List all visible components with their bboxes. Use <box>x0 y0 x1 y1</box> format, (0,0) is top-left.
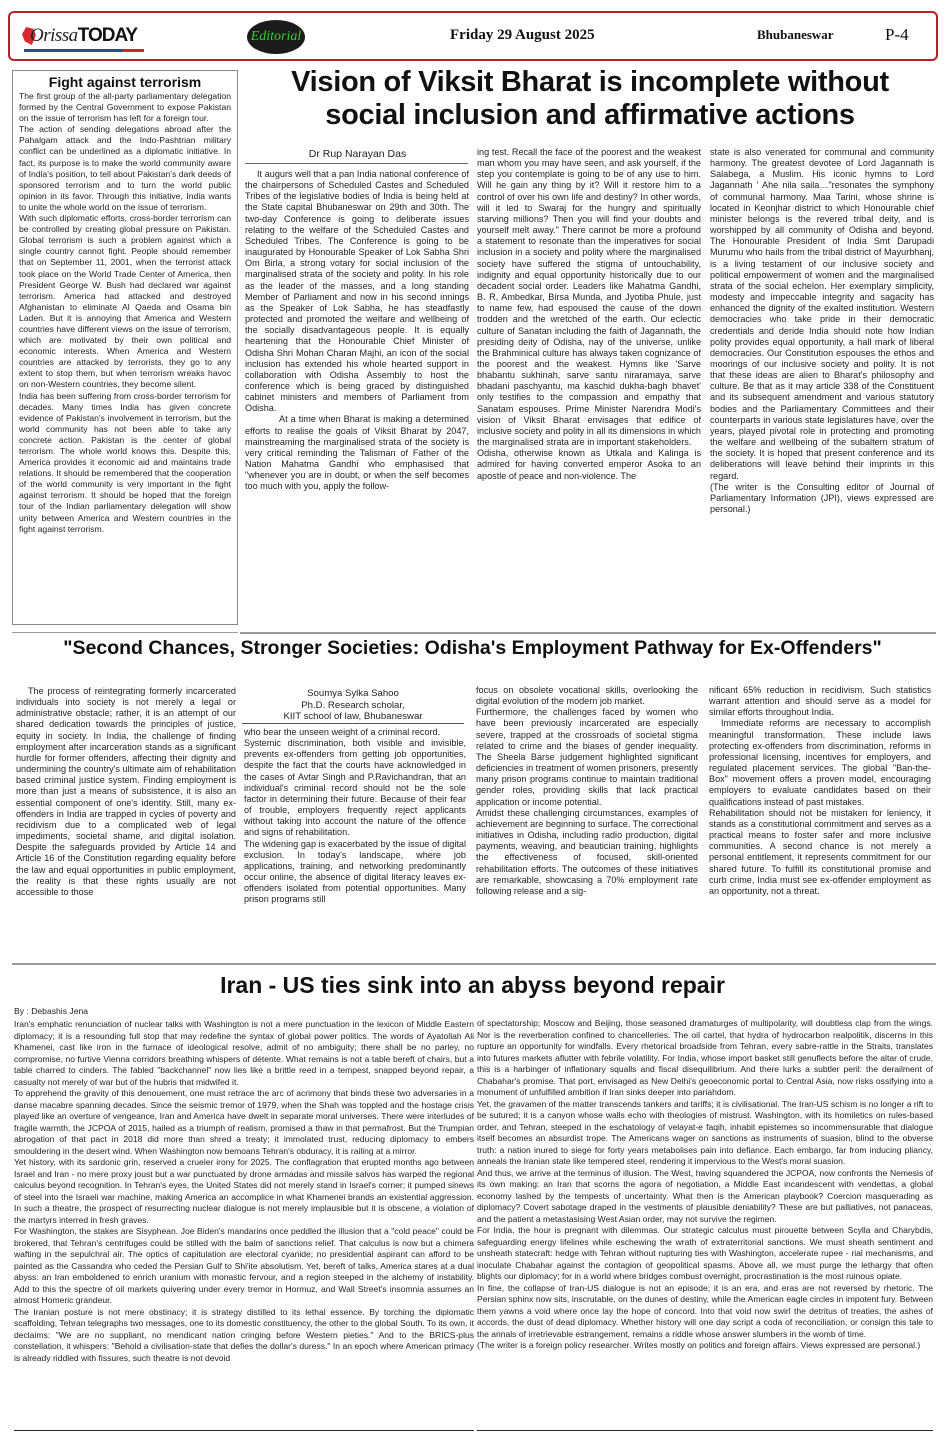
paragraph: For India, the hour is pregnant with dil… <box>477 1225 933 1283</box>
second-chances-column-2: who bear the unseen weight of a criminal… <box>244 727 466 906</box>
masthead: OrissaTODAY Editorial Friday 29 August 2… <box>8 11 938 61</box>
article-fight-against-terrorism: Fight against terrorism The first group … <box>12 70 238 625</box>
paragraph: Rehabilitation should not be mistaken fo… <box>709 808 931 897</box>
paragraph: In fine, the collapse of Iran-US dialogu… <box>477 1283 933 1341</box>
paragraph: The action of sending delegations abroad… <box>19 124 231 213</box>
section-divider <box>12 963 936 965</box>
paragraph: Iran's emphatic renunciation of nuclear … <box>14 1019 474 1088</box>
section-badge: Editorial <box>247 20 305 54</box>
paragraph: (The writer is a foreign policy research… <box>477 1340 933 1352</box>
paragraph: who bear the unseen weight of a criminal… <box>244 727 466 738</box>
author-byline: Soumya Sylka Sahoo Ph.D. Research schola… <box>242 688 464 723</box>
paragraph: Systemic discrimination, both visible an… <box>244 738 466 838</box>
paragraph: nificant 65% reduction in recidivism. Su… <box>709 685 931 718</box>
author-byline: By : Debashis Jena <box>14 1006 88 1016</box>
paragraph: The widening gap is exacerbated by the i… <box>244 839 466 906</box>
vision-column-2: ing test. Recall the face of the poorest… <box>477 147 701 482</box>
paragraph: The process of reintegrating formerly in… <box>16 686 236 898</box>
byline-divider <box>242 723 464 724</box>
page-number: P-4 <box>885 25 909 45</box>
logo-underline <box>24 49 132 52</box>
logo-prefix: Orissa <box>30 25 78 46</box>
paragraph: Furthermore, the challenges faced by wom… <box>476 707 698 807</box>
section-badge-label: Editorial <box>251 29 302 45</box>
paragraph: The first group of the all-party parliam… <box>19 91 231 124</box>
paragraph: (The writer is the Consulting editor of … <box>710 482 934 515</box>
author-byline: Dr Rup Narayan Das <box>245 148 470 160</box>
paragraph: At a time when Bharat is making a determ… <box>245 414 469 492</box>
vision-column-3: state is also venerated for communal and… <box>710 147 934 515</box>
author-name: Soumya Sylka Sahoo <box>242 688 464 700</box>
headline-second-chances: "Second Chances, Stronger Societies: Odi… <box>0 637 945 660</box>
second-chances-column-3: focus on obsolete vocational skills, ove… <box>476 685 698 897</box>
byline-divider <box>245 163 468 164</box>
paragraph: The Iranian posture is not mere obstinac… <box>14 1307 474 1365</box>
second-chances-column-1: The process of reintegrating formerly in… <box>16 686 236 898</box>
headline-line: Vision of Viksit Bharat is incomplete wi… <box>240 66 940 99</box>
section-divider <box>240 632 936 634</box>
second-chances-column-4: nificant 65% reduction in recidivism. Su… <box>709 685 931 897</box>
iran-column-1: Iran's emphatic renunciation of nuclear … <box>14 1019 474 1364</box>
paragraph: And thus, we arrive at the terminus of i… <box>477 1168 933 1226</box>
article-title: Fight against terrorism <box>19 74 231 90</box>
section-divider <box>12 632 238 633</box>
logo-underline-accent <box>122 49 144 52</box>
paragraph: Immediate reforms are necessary to accom… <box>709 718 931 807</box>
article-body: The first group of the all-party parliam… <box>19 91 231 535</box>
headline-line: social inclusion and affirmative actions <box>240 99 940 132</box>
footer-rule <box>14 1430 474 1431</box>
paragraph: Yet history, with its sardonic grin, res… <box>14 1157 474 1226</box>
author-role: Ph.D. Research scholar, <box>242 700 464 712</box>
paragraph: Yet, the gravamen of the matter transcen… <box>477 1099 933 1168</box>
paragraph: With such diplomatic efforts, cross-bord… <box>19 213 231 391</box>
paragraph: India has been suffering from cross-bord… <box>19 391 231 535</box>
paragraph: focus on obsolete vocational skills, ove… <box>476 685 698 707</box>
logo-suffix: TODAY <box>78 25 137 46</box>
paragraph: state is also venerated for communal and… <box>710 147 934 482</box>
paragraph: ing test. Recall the face of the poorest… <box>477 147 701 448</box>
iran-column-2: of spectatorship; Moscow and Beijing, th… <box>477 1018 933 1352</box>
paragraph: of spectatorship; Moscow and Beijing, th… <box>477 1018 933 1099</box>
paragraph: Odisha, otherwise known as Utkala and Ka… <box>477 448 701 481</box>
issue-date: Friday 29 August 2025 <box>450 27 595 44</box>
headline-iran-us: Iran - US ties sink into an abyss beyond… <box>0 972 945 999</box>
paragraph: To apprehend the gravity of this denouem… <box>14 1088 474 1157</box>
vision-column-1: It augurs well that a pan India national… <box>245 169 469 493</box>
headline-viksit-bharat: Vision of Viksit Bharat is incomplete wi… <box>240 66 940 132</box>
author-institution: KIIT school of law, Bhubaneswar <box>242 711 464 723</box>
paragraph: It augurs well that a pan India national… <box>245 169 469 414</box>
paragraph: Amidst these challenging circumstances, … <box>476 808 698 897</box>
footer-rule <box>477 1430 933 1431</box>
paragraph: For Washington, the stakes are Sisyphean… <box>14 1226 474 1307</box>
edition-city: Bhubaneswar <box>757 27 834 43</box>
